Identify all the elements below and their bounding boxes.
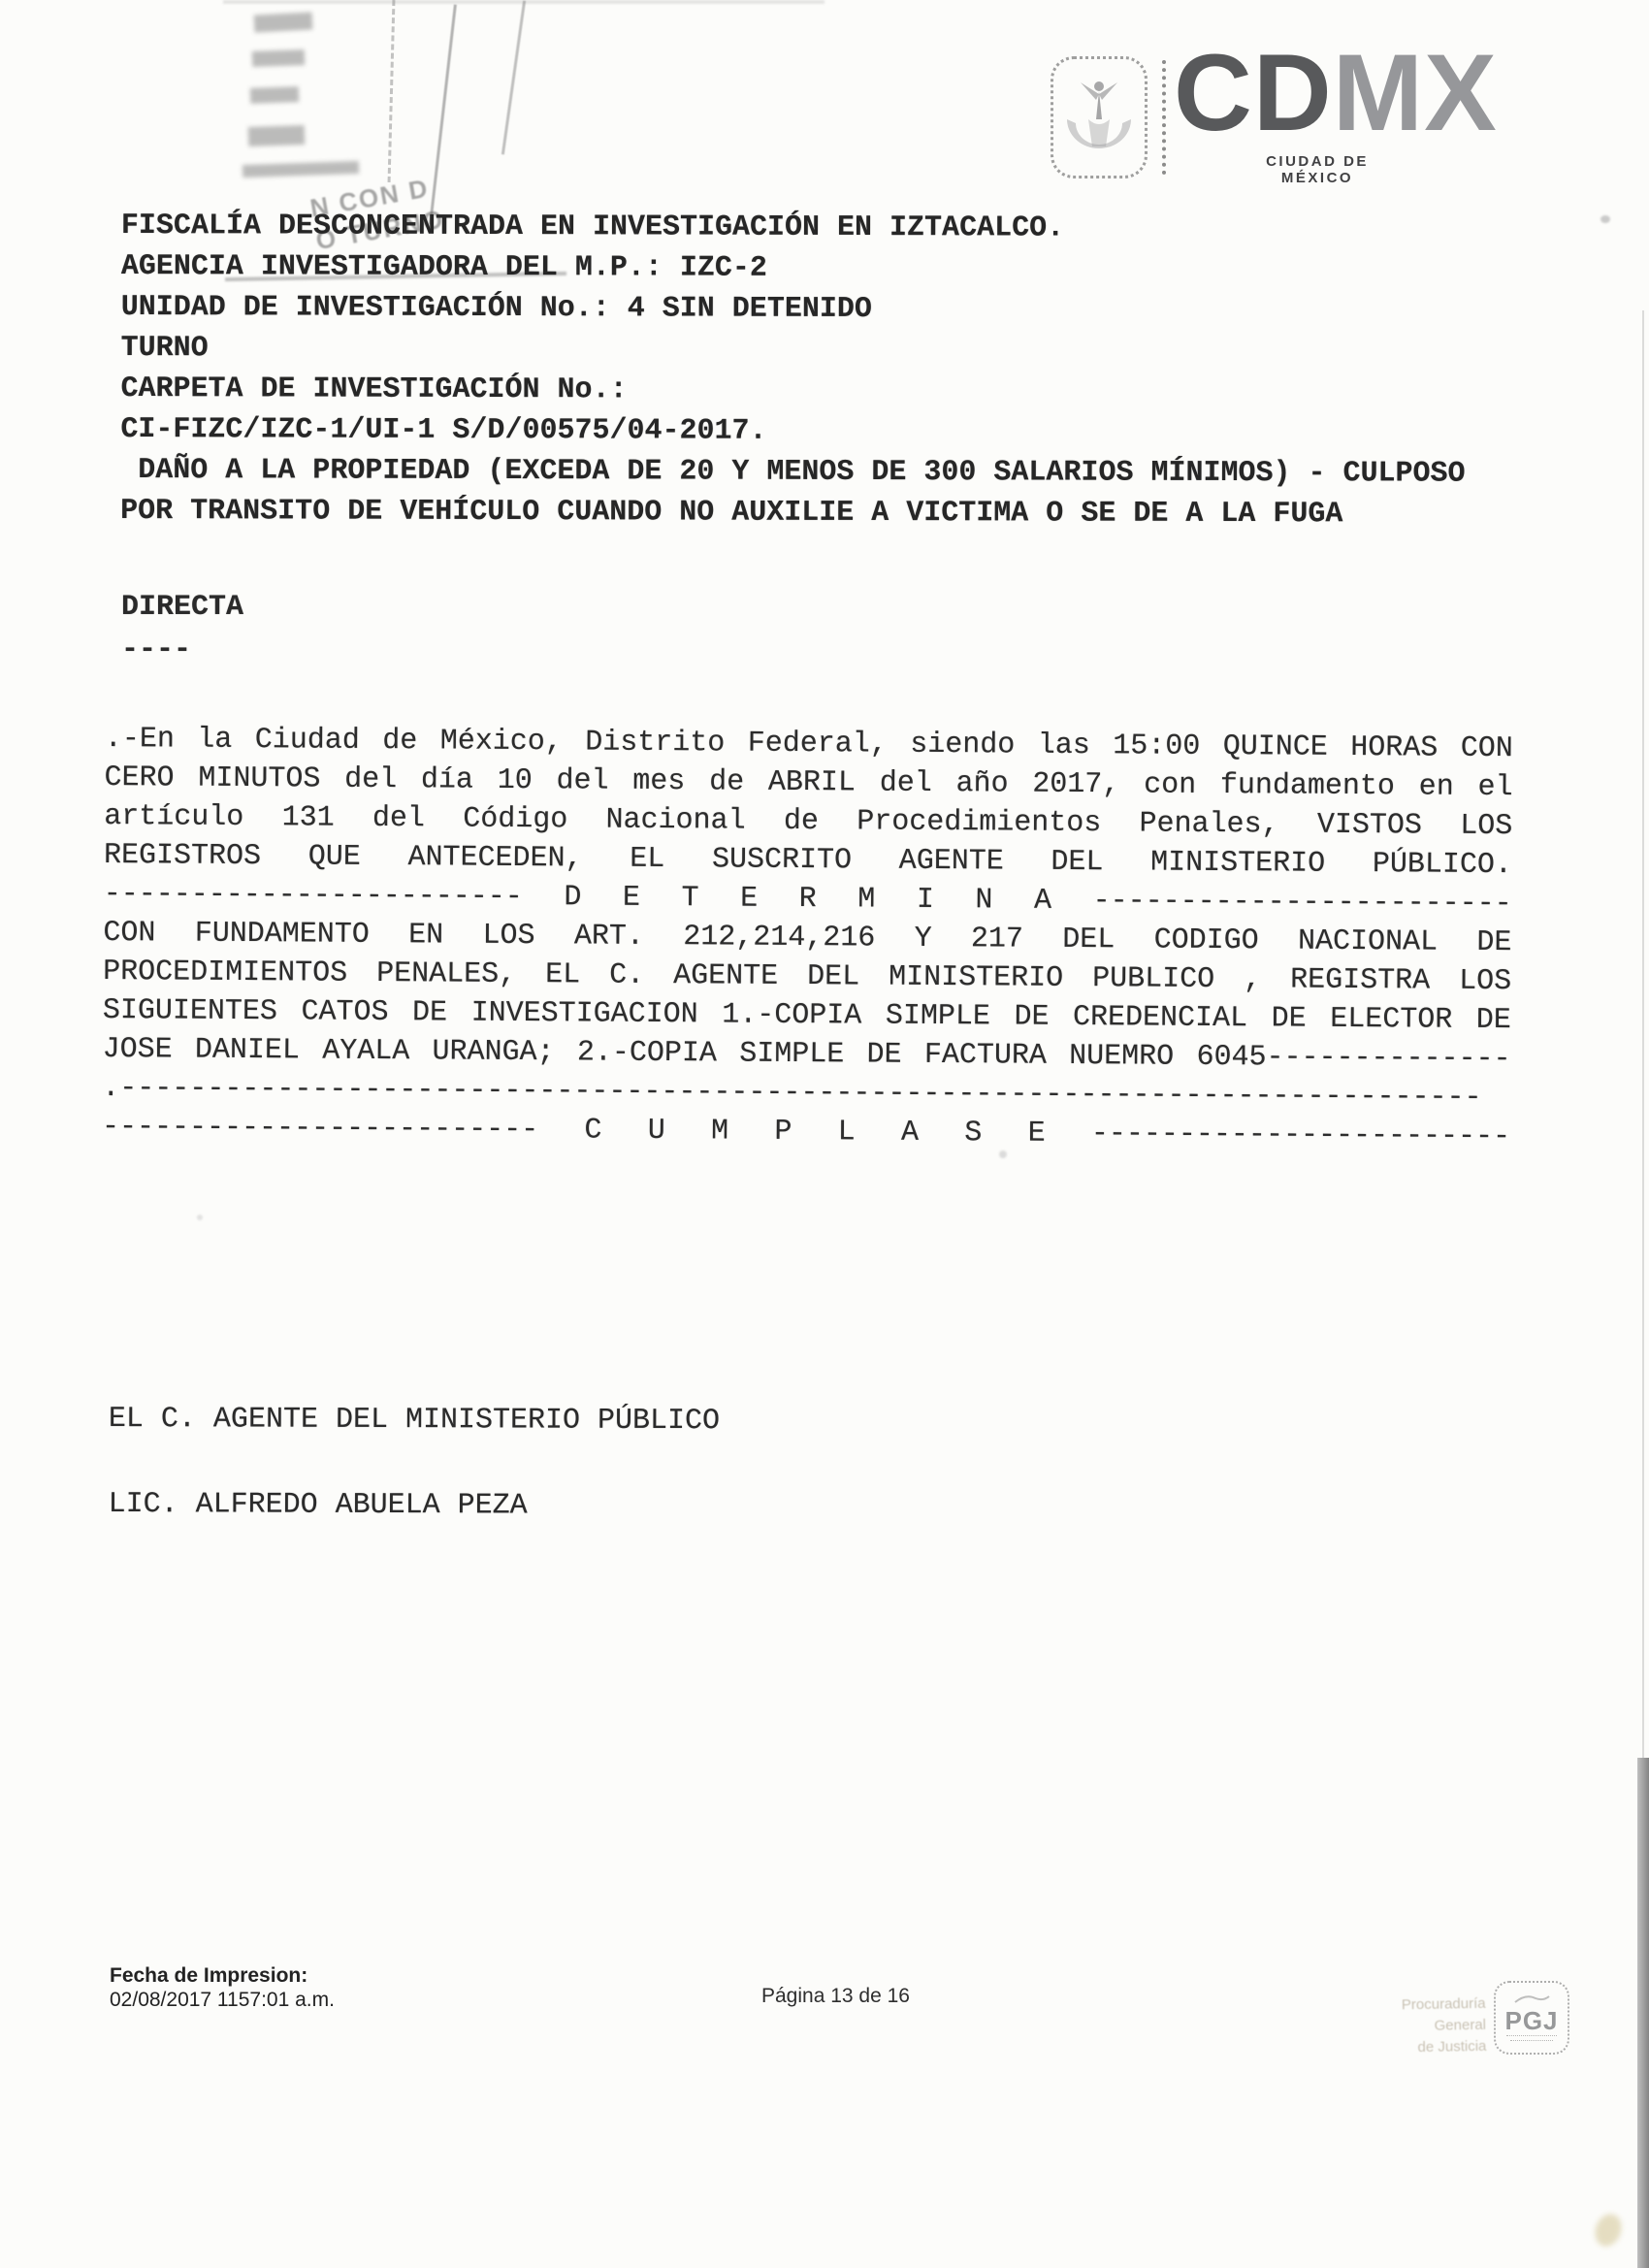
print-date: Fecha de Impresion: 02/08/2017 1157:01 a… (110, 1963, 335, 2012)
dust-speck (197, 1215, 203, 1220)
cdmx-wordmark: CDMX (1174, 39, 1498, 147)
print-date-label: Fecha de Impresion: (110, 1963, 335, 1988)
agency-watermark: Procuraduría General de Justicia (1355, 1993, 1486, 2059)
agency-watermark-line: Procuraduría General (1355, 1993, 1486, 2038)
pgj-fineprint (1510, 2040, 1553, 2043)
header-line: CARPETA DE INVESTIGACIÓN No.: (120, 369, 1546, 413)
header-line: CI-FIZC/IZC-1/UI-1 S/D/00575/04-2017. (120, 409, 1546, 454)
section-heading: DIRECTA ---- (121, 586, 243, 671)
dust-speck (1600, 215, 1610, 223)
pen-stroke (501, 1, 526, 155)
scan-edge-shadow (1637, 1758, 1649, 2268)
scan-edge-line (1642, 310, 1644, 1758)
angel-emblem-icon (1051, 56, 1148, 178)
header-line: FISCALÍA DESCONCENTRADA EN INVESTIGACIÓN… (121, 206, 1547, 250)
header-line: DAÑO A LA PROPIEDAD (EXCEDA DE 20 Y MENO… (120, 450, 1546, 495)
cdmx-wordmark-dark: CD (1174, 32, 1333, 153)
document-header: FISCALÍA DESCONCENTRADA EN INVESTIGACIÓN… (120, 206, 1547, 535)
signer-name: LIC. ALFREDO ABUELA PEZA (109, 1488, 720, 1523)
page-number: Página 13 de 16 (761, 1985, 910, 2008)
cdmx-wordmark-light: MX (1333, 32, 1498, 153)
pgj-monogram: PGJ (1504, 2008, 1558, 2033)
print-date-value: 02/08/2017 1157:01 a.m. (110, 1988, 335, 2012)
scanned-document-page: N CON D O TURNO CDMX CIUDAD DE MÉXICO FI… (0, 0, 1649, 2268)
section-underline: ---- (121, 629, 243, 671)
agency-watermark-line: de Justicia (1356, 2036, 1486, 2059)
header-line: UNIDAD DE INVESTIGACIÓN No.: 4 SIN DETEN… (121, 287, 1547, 332)
logo-divider (1162, 60, 1166, 175)
header-line: POR TRANSITO DE VEHÍCULO CUANDO NO AUXIL… (120, 491, 1546, 535)
dust-speck (999, 1150, 1007, 1158)
signer-role: EL C. AGENTE DEL MINISTERIO PÚBLICO (109, 1403, 720, 1438)
header-line: TURNO (121, 328, 1547, 373)
pen-dashed-stroke (388, 0, 396, 182)
pgj-swoosh-icon (1512, 1993, 1551, 2006)
dust-speck (1591, 2211, 1626, 2251)
document-body: .-En la Ciudad de México, Distrito Feder… (102, 720, 1513, 1156)
pgj-fineprint (1506, 2035, 1557, 2038)
pgj-logo: PGJ (1494, 1981, 1569, 2055)
section-title: DIRECTA (121, 586, 243, 629)
cdmx-subtitle: CIUDAD DE MÉXICO (1240, 153, 1395, 186)
header-line: AGENCIA INVESTIGADORA DEL M.P.: IZC-2 (121, 246, 1547, 291)
signature-block: EL C. AGENTE DEL MINISTERIO PÚBLICO LIC.… (109, 1403, 721, 1523)
